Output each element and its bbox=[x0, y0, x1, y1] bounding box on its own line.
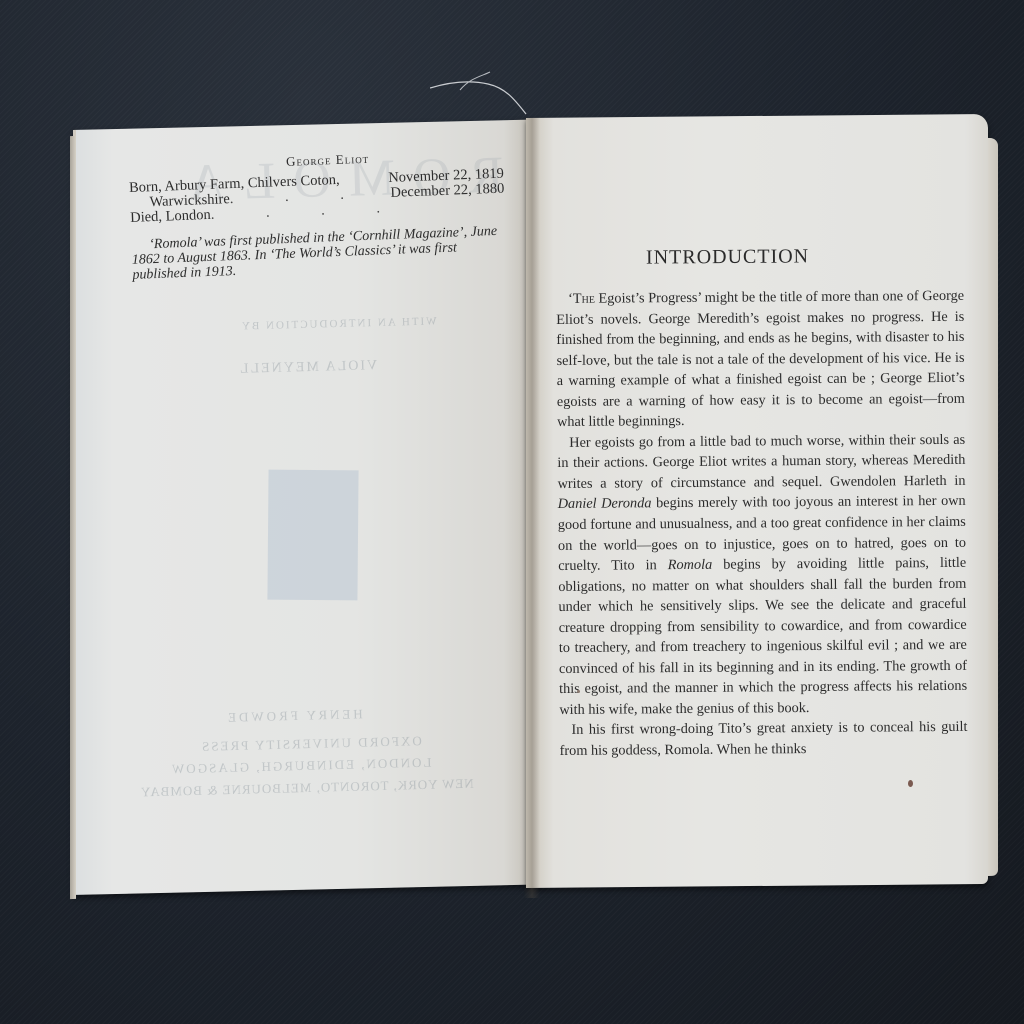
photo-scene: ROMOLA WITH AN INTRODUCTION BY VIOLA MEY… bbox=[0, 0, 1024, 1024]
book-gutter bbox=[524, 118, 540, 898]
foxing-spot bbox=[577, 690, 580, 693]
book-title-romola: Romola bbox=[668, 557, 713, 573]
paragraph-3: In his first wrong-doing Tito’s great an… bbox=[559, 717, 967, 761]
paragraph-1-text: Egoist’s Progress’ might be the title of… bbox=[556, 288, 965, 430]
front-matter: George Eliot Born, Arbury Farm, Chilvers… bbox=[128, 146, 507, 283]
paragraph-2-text-a: Her egoists go from a little bad to much… bbox=[557, 432, 965, 492]
paragraph-1: ‘The Egoist’s Progress’ might be the tit… bbox=[556, 286, 965, 433]
paragraph-2-text-c: begins by avoiding little pains, little … bbox=[558, 555, 967, 718]
page-edge-stack bbox=[70, 136, 76, 899]
lead-small-caps: ‘The bbox=[568, 291, 595, 307]
fore-edge bbox=[988, 138, 998, 876]
paragraph-2: Her egoists go from a little bad to much… bbox=[557, 430, 967, 721]
book-title-daniel-deronda: Daniel Deronda bbox=[558, 496, 652, 513]
bleed-through-emblem bbox=[267, 470, 358, 601]
foxing-spot bbox=[908, 780, 913, 787]
chapter-heading: INTRODUCTION bbox=[646, 245, 809, 269]
introduction-text: ‘The Egoist’s Progress’ might be the tit… bbox=[556, 286, 968, 762]
loose-thread bbox=[430, 70, 530, 120]
died-label: Died, London bbox=[130, 208, 211, 226]
